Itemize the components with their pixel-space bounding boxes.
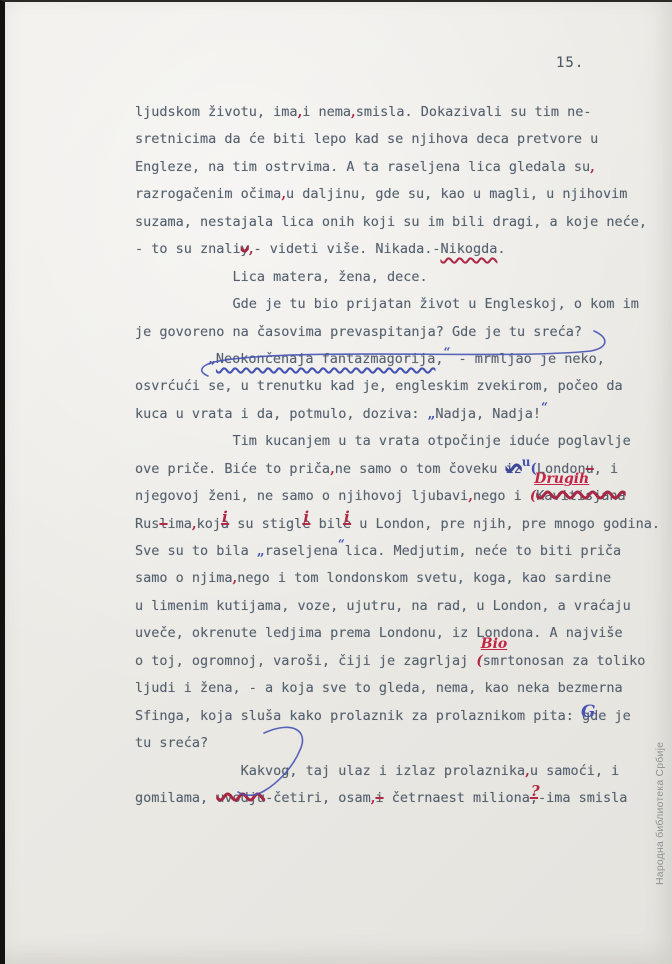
text-segment: Tim kucanjem u ta vrata otpočinje iduće … — [135, 433, 631, 449]
overwrite-correction: G — [581, 704, 596, 721]
manuscript-line: samo o njima,nego i tom londonskom svetu… — [135, 565, 672, 592]
manuscript-line: kuca u vrata i da, potmulo, doziva: „Nad… — [135, 401, 672, 428]
text-segment: -ima smisla — [538, 790, 627, 806]
text-segment: y — [241, 241, 249, 257]
manuscript-line: suzama, nestajala lica onih koji su im b… — [135, 209, 672, 236]
text-segment: “ — [541, 400, 548, 414]
text-segment: - videti više. Nikada.- — [254, 241, 441, 257]
text-segment: Gde je tu bio prijatan život u Engleskoj… — [135, 296, 639, 312]
text-segment: -četiri, osam — [265, 790, 371, 806]
text-segment: smrtonosanBio — [483, 653, 564, 669]
manuscript-line: gomilama, uvodju-četiri, osam,i četrnaes… — [135, 785, 672, 812]
text-segment: u limenim kutijama, voze, ujutru, na rad… — [135, 598, 631, 614]
text-segment: uveče, okrenute ledjima prema Londonu, i… — [135, 625, 623, 641]
text-segment: o toj, ogromnoj, varoši, čiji je zagrlja… — [135, 653, 476, 669]
manuscript-line: uveče, okrenute ledjima prema Londonu, i… — [135, 620, 672, 647]
manuscript-line: Sfinga, koja sluša kako prolaznik za pro… — [135, 703, 672, 730]
text-segment: “ — [338, 537, 345, 551]
text-segment: i nema — [302, 104, 351, 120]
manuscript-line: Kakvog, taj ulaz i izlaz prolaznika,u sa… — [135, 758, 672, 785]
manuscript-line: Gde je tu bio prijatan život u Engleskoj… — [135, 291, 672, 318]
manuscript-line: je govoreno na časovima prevaspitanja? G… — [135, 319, 672, 346]
manuscript-line: Engleze, na tim ostrvima. A ta raseljena… — [135, 154, 672, 181]
text-segment: su stigl — [229, 516, 302, 532]
text-segment: ai — [221, 516, 229, 532]
text-segment: ne samo o tom čoveku — [335, 461, 506, 477]
text-segment: raseljena — [265, 543, 338, 559]
manuscript-line: tu sreća? — [135, 730, 672, 757]
manuscript-line: Sve su to bila „raseljena“lica. Medjutim… — [135, 538, 672, 565]
manuscript-line: njegovoj ženi, ne samo o njihovoj ljubav… — [135, 483, 672, 510]
text-segment: ima — [168, 516, 192, 532]
text-segment: , i — [594, 461, 618, 477]
text-segment: četrnaest miliona — [384, 790, 530, 806]
text-segment: ljudi i žena, - a koja sve to gleda, nem… — [135, 680, 623, 696]
text-segment: za toliko — [564, 653, 645, 669]
text-segment: ei — [343, 516, 351, 532]
overwrite-correction: ? — [531, 784, 540, 799]
text-segment: - to su znali — [135, 241, 241, 257]
manuscript-line: o toj, ogromnoj, varoši, čiji je zagrlja… — [135, 648, 672, 675]
paper-sheet: 15. ljudskom životu, ima,i nema,smisla. … — [0, 0, 672, 964]
text-segment: uvodju — [216, 790, 265, 806]
manuscript-line: u limenim kutijama, voze, ujutru, na rad… — [135, 593, 672, 620]
manuscript-line: ljudi i žena, - a koja sve to gleda, nem… — [135, 675, 672, 702]
text-segment: KavitisjanaDrugih — [536, 488, 625, 504]
text-segment: - mrmljao je neko, — [450, 351, 604, 367]
manuscript-line: sretnicima da će biti lepo kad se njihov… — [135, 126, 672, 153]
manuscript-line: ove priče. Biće to priča,ne samo o tom č… — [135, 456, 672, 483]
text-segment: bil — [310, 516, 343, 532]
text-segment: „ — [257, 543, 265, 559]
text-segment: Rus — [135, 516, 159, 532]
text-segment: gG — [582, 708, 590, 724]
text-segment: nego i — [473, 488, 530, 504]
overwrite-correction: i — [222, 510, 228, 525]
typescript-body: ljudskom životu, ima,i nema,smisla. Doka… — [135, 99, 672, 812]
text-segment: smisla. Dokazivali su tim ne- — [356, 104, 592, 120]
manuscript-line: osvrćući se, u trenutku kad je, engleski… — [135, 373, 672, 400]
text-segment: iz — [505, 461, 521, 477]
text-segment: l — [159, 516, 167, 532]
text-segment: Lica matera, žena, dece. — [135, 269, 428, 285]
manuscript-line: „Neokončenaja fantazmagorija,“ - mrmljao… — [135, 346, 672, 373]
text-segment: njegovoj ženi, ne samo o njihovoj ljubav… — [135, 488, 468, 504]
text-segment: ,? — [530, 790, 538, 806]
text-segment: Sfinga, koja sluša kako prolaznik za pro… — [135, 708, 582, 724]
manuscript-line: ljudskom životu, ima,i nema,smisla. Doka… — [135, 99, 672, 126]
page-number: 15. — [556, 55, 584, 71]
text-segment: ei — [302, 516, 310, 532]
text-segment: samo o njima — [135, 570, 233, 586]
text-segment: , — [590, 159, 595, 175]
text-segment: u — [522, 455, 531, 469]
text-segment: Nadja, Nadja! — [435, 406, 541, 422]
text-segment: Nikogda — [440, 241, 497, 257]
text-segment: razrogačenim očima — [135, 186, 281, 202]
text-segment: u London, pre njih, pre mnogo godina. — [351, 516, 660, 532]
text-segment: sretnicima da će biti lepo kad se njihov… — [135, 131, 598, 147]
text-segment: Kakvog, taj ulaz i izlaz prolaznika — [135, 763, 525, 779]
scanned-manuscript-screenshot: 15. ljudskom životu, ima,i nema,smisla. … — [0, 0, 672, 964]
text-segment: . — [497, 241, 505, 257]
text-segment: nego i tom londonskom svetu, koga, kao s… — [237, 570, 611, 586]
text-segment: “ — [444, 345, 451, 359]
text-segment: ljudskom životu, ima — [135, 104, 298, 120]
overwrite-correction: i — [303, 510, 309, 525]
manuscript-line: Lica matera, žena, dece. — [135, 264, 672, 291]
manuscript-line: Tim kucanjem u ta vrata otpočinje iduće … — [135, 428, 672, 455]
text-segment: koj — [197, 516, 221, 532]
text-segment: Engleze, na tim ostrvima. A ta raseljena… — [135, 159, 590, 175]
text-segment: kuca u vrata i da, potmulo, doziva: — [135, 406, 428, 422]
text-segment: „ — [208, 351, 216, 367]
library-watermark: Народна библиотека Србије — [654, 742, 666, 885]
text-segment: u samoći, i — [530, 763, 619, 779]
text-segment: ove priče. Biće to priča — [135, 461, 330, 477]
text-segment: u daljinu, gde su, kao u magli, u njihov… — [286, 186, 627, 202]
overwrite-correction: i — [344, 510, 350, 525]
text-segment — [135, 351, 208, 367]
manuscript-line: razrogačenim očima,u daljinu, gde su, ka… — [135, 181, 672, 208]
text-segment: je govoreno na časovima prevaspitanja? G… — [135, 324, 582, 340]
text-segment: suzama, nestajala lica onih koji su im b… — [135, 214, 647, 230]
text-segment: i — [375, 790, 383, 806]
text-segment: osvrćući se, u trenutku kad je, engleski… — [135, 378, 623, 394]
manuscript-line: Ruslima,kojai su stiglei bilei u London,… — [135, 511, 672, 538]
text-segment: de je — [590, 708, 631, 724]
text-segment: , — [435, 351, 443, 367]
text-segment: gomilama, — [135, 790, 216, 806]
manuscript-line: - to su znaliy,- videti više. Nikada.-Ni… — [135, 236, 672, 263]
text-segment: Sve su to bila — [135, 543, 257, 559]
handwritten-note: Drugih — [534, 472, 589, 486]
handwritten-note: Bio — [481, 637, 508, 651]
text-segment: Neokončenaja fantazmagorija — [216, 351, 435, 367]
text-segment: tu sreća? — [135, 735, 208, 751]
text-segment: ( — [476, 653, 482, 669]
text-segment: lica. Medjutim, neće to biti priča — [345, 543, 621, 559]
